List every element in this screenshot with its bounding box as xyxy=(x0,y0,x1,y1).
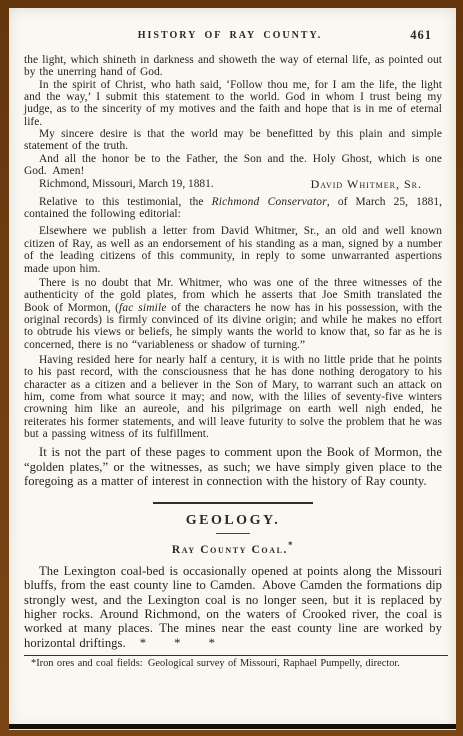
paragraph-editorial-1: Elsewhere we publish a letter from David… xyxy=(24,225,442,274)
editorial-intro-text-start: Relative to this testimonial, the xyxy=(39,196,212,208)
paragraph-testimonial-3: My sincere desire is that the world may … xyxy=(24,128,442,153)
section-subheading-ray-county-coal: Ray County Coal.* xyxy=(24,540,442,556)
newspaper-name: Richmond Conservator xyxy=(212,196,327,208)
book-page: HISTORY OF RAY COUNTY. 461 the light, wh… xyxy=(9,8,456,730)
geology-text: The Lexington coal-bed is occasionally o… xyxy=(24,564,442,650)
paragraph-geology: The Lexington coal-bed is occasionally o… xyxy=(24,564,442,650)
paragraph-testimonial-4: And all the honor be to the Father, the … xyxy=(24,153,442,178)
paragraph-testimonial-1: the light, which shineth in darkness and… xyxy=(24,54,442,79)
section-heading-geology: GEOLOGY. xyxy=(24,513,442,529)
paragraph-editorial-3: Having resided here for nearly half a ce… xyxy=(24,354,442,440)
fac-simile-phrase: fac simile xyxy=(119,302,167,314)
heading-underline-rule xyxy=(216,533,250,535)
footnote-marker: * xyxy=(288,540,294,550)
signature-name: David Whitmer, Sr. xyxy=(311,178,422,190)
signature-line: Richmond, Missouri, March 19, 1881. Davi… xyxy=(24,178,442,190)
asterisk-separator: * * * xyxy=(140,636,216,650)
paragraph-editorial-2: There is no doubt that Mr. Whitmer, who … xyxy=(24,277,442,351)
subheading-text: Ray County Coal. xyxy=(172,544,288,556)
page-number: 461 xyxy=(410,28,432,43)
paragraph-testimonial-2: In the spirit of Christ, who hath said, … xyxy=(24,79,442,128)
footnote-text: *Iron ores and coal fields: Geological s… xyxy=(24,658,442,670)
paragraph-commentary: It is not the part of these pages to com… xyxy=(24,445,442,488)
section-divider-rule xyxy=(153,502,313,504)
running-title: HISTORY OF RAY COUNTY. xyxy=(24,30,442,41)
page-header: HISTORY OF RAY COUNTY. 461 xyxy=(24,30,442,43)
body-text: the light, which shineth in darkness and… xyxy=(24,54,442,489)
footnote-rule xyxy=(24,655,448,656)
page-content: HISTORY OF RAY COUNTY. 461 the light, wh… xyxy=(9,8,456,670)
signature-place-date: Richmond, Missouri, March 19, 1881. xyxy=(24,178,214,190)
footnote-block: *Iron ores and coal fields: Geological s… xyxy=(24,655,442,670)
scan-shadow-band xyxy=(9,724,456,729)
paragraph-editorial-intro: Relative to this testimonial, the Richmo… xyxy=(24,196,442,221)
